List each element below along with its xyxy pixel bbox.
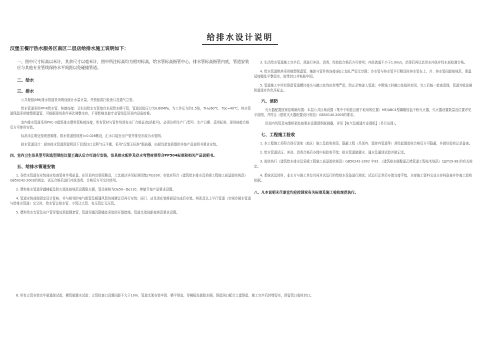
left-column: 汉堡王餐厅热水服务区南区二层店给排水施工说明如下： 一、图中尺寸标高以米计，其余… <box>10 46 252 298</box>
intro-line: 汉堡王餐厅热水服务区南区二层店给排水施工说明如下： <box>10 46 252 52</box>
installation-item: 5. 管道施工中所有预留管道螺纹接头与敞口处均应封堵严密，防止杂物进入管道；中断… <box>254 83 474 93</box>
section-1-general-note: 一、图中尺寸标高以米计，其余尺寸以毫米计，图中所注标高均为相对标高，给水管标高指… <box>17 59 252 71</box>
installation-item: 4. 管道安装前做固定设计复核，并与相邻的电气配管及暖通风管协调避让后再行安装；… <box>10 196 252 206</box>
drainage-paragraph: 室内排水管道采用PVC-U建筑排水塑料管粘接连接，所有管材与管件均须有出厂合格证… <box>10 120 252 130</box>
acceptance-item: 3. 验收执行《建筑给水排水及采暖工程施工质量验收规范》GB50242-2002… <box>254 159 474 169</box>
title-row: 给排水设计说明 <box>0 25 480 45</box>
doc-title: 给排水设计说明 <box>202 32 279 45</box>
acceptance-item: 4. 系统试运转时，业主方与施工单位共同对试运行的给排水设备进行测试；试运行正常… <box>254 173 474 183</box>
section-heading-pipe-installation: 五、给排水管道安装 <box>17 163 252 169</box>
acceptance-item: 2. 给水管道试压、冲洗、消毒合格后办理中间验收手续；排水管道做灌水、通水及通球… <box>254 150 474 155</box>
drainage-paragraph: 标高未注明处按坡度顺排，排水管道按坡度i=0.026敷设，汇水口接至出户管并排至… <box>10 133 252 138</box>
bottom-paragraph-row: 6. 所有立管安装完毕做通球试验，横管做灌水试验；立管检查口设置间距不大于10m… <box>10 293 474 315</box>
section-heading-water-supply: 二、给水 <box>17 77 252 83</box>
fire-protection-paragraph: 灭火器配置按规范明确布置：本层公共区域设置（集中于明显且便于取用的位置）MF/A… <box>254 108 474 118</box>
drainage-paragraph: 给水管道采用PP-R给水管，热熔连接；卫生间给水支管接自本层给水横干管，管道试验… <box>10 106 252 116</box>
acceptance-item: 1. 本工程施工须符合现行国家（地区）施工及验收规范，隐蔽工程（吊顶内、墙体内管… <box>254 141 474 146</box>
section-heading-acceptance: 七、工程施工验收 <box>261 131 474 137</box>
installation-item: 3. 生活给水管道施工完毕后，须进行冲洗、消毒，经检验合格后方可使用；冲洗流速不… <box>254 60 474 65</box>
installation-item-6: 6. 所有立管安装完毕做通球试验，横管做灌水试验；立管检查口设置间距不大于10m… <box>10 293 474 298</box>
section-4-fixtures-note: 四、室内卫生洁具型号和选型须经汉堡王确认后方可进行安装，洁具排水配件及存水弯管材… <box>10 153 252 158</box>
installation-item: 2. 塑料排水管道穿越楼板及防火墙处按规范设置阻火圈，管径规格为De50~De1… <box>10 187 252 192</box>
installation-item: 5. 塑料给水支管及出户管穿墙处预留钢套管，管道穿越沉降缝处采取防开裂措施，管道… <box>10 210 252 215</box>
section-8-closing-note: 八、凡本说明未尽事宜均应按国家有关标准及施工验收规范执行。 <box>254 190 474 195</box>
drainage-paragraph: 公共餐厨(M6)排水管道采用明设统计水量计量，并预留清扫检查口及通气立管。 <box>10 98 252 103</box>
drawing-sheet: 给排水设计说明 汉堡王餐厅热水服务区南区二层店给排水施工说明如下： 一、图中尺寸… <box>0 0 480 360</box>
section-heading-drainage: 三、排水 <box>17 88 252 94</box>
fire-protection-paragraph: 吊顶内风管及电缆桥架处按要求设置感烟探测器，详见【电气及暖通专业图纸】（另行出图… <box>254 121 474 126</box>
section-heading-fire-protection: 六、消防 <box>261 98 474 104</box>
drainage-paragraph: 排水管道设计：厨房排水管道预留明设下切清扫口以利气压平衡，采用“汉堡王标准”隔油… <box>10 142 252 147</box>
right-column: 3. 生活给水管道施工完毕后，须进行冲洗、消毒，经检验合格后方可使用；冲洗流速不… <box>254 60 474 266</box>
installation-item: 1. 各给水管道在安装前应检查管材外观质量，在吊顶内沿梁底敷设，工艺做法详见标准… <box>10 173 252 183</box>
installation-item: 4. 给水管道绝热采用橡塑保温管，辅助与管件的连接(阀)上包扎严密无空隙；冷水管… <box>254 69 474 79</box>
